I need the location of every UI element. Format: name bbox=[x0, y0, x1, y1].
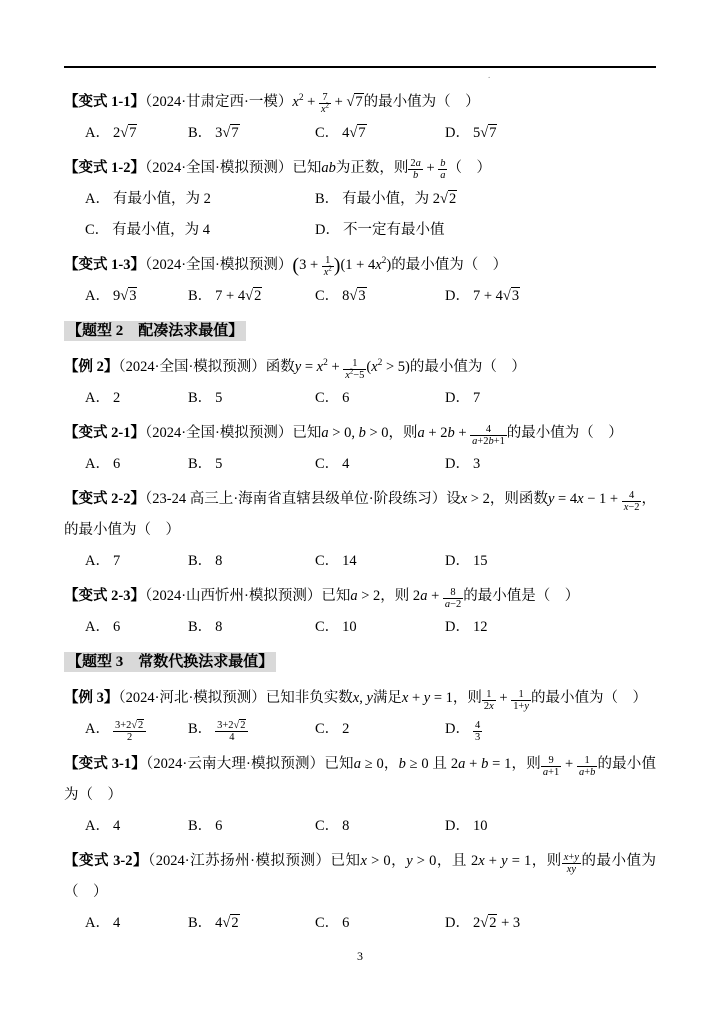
option-bianshi-2-2-B: B．8 bbox=[188, 546, 315, 577]
question-body: （2024·山西忻州·模拟预测）已知a > 2，则 2a + 8a−2的最小值是… bbox=[145, 588, 579, 604]
option-key: D． bbox=[445, 818, 473, 834]
question-label: 【变式 2-1】 bbox=[64, 425, 145, 441]
question-text: 【变式 1-3】（2024·全国·模拟预测）(3 + 1x2)(1 + 4x2)… bbox=[64, 250, 656, 281]
document-page: . 【变式 1-1】（2024·甘肃定西·一模）x2 + 7x2 + √7的最小… bbox=[0, 0, 720, 1018]
option-key: C． bbox=[315, 125, 342, 141]
option-bianshi-3-1-C: C．8 bbox=[315, 811, 445, 842]
option-key: B． bbox=[188, 915, 215, 931]
option-bianshi-2-2-D: D．15 bbox=[445, 546, 656, 577]
option-key: C． bbox=[315, 818, 342, 834]
option-value: 有最小值，为 2√2 bbox=[342, 190, 457, 207]
option-value: 8 bbox=[215, 553, 222, 569]
option-bianshi-3-1-A: A．4 bbox=[85, 811, 188, 842]
options-row: A．有最小值，为 2B．有最小值，为 2√2C．有最小值，为 4D．不一定有最小… bbox=[64, 184, 656, 246]
question-body: （2024·全国·模拟预测）已知a > 0, b > 0，则a + 2b + 4… bbox=[145, 425, 623, 441]
option-bianshi-3-1-D: D．10 bbox=[445, 811, 656, 842]
option-bianshi-3-2-A: A．4 bbox=[85, 908, 188, 939]
option-value: 4√2 bbox=[215, 914, 239, 931]
option-key: C． bbox=[315, 619, 342, 635]
option-key: D． bbox=[445, 553, 473, 569]
option-key: D． bbox=[445, 721, 473, 737]
option-key: A． bbox=[85, 191, 113, 207]
option-value: 5 bbox=[215, 390, 222, 406]
question-text: 【例 2】（2024·全国·模拟预测）函数y = x2 + 1x2−5(x2 >… bbox=[64, 352, 656, 383]
option-key: B． bbox=[188, 288, 215, 304]
question-body: （2024·江苏扬州·模拟预测）已知x > 0，y > 0，且 2x + y =… bbox=[64, 853, 656, 900]
question-text: 【变式 2-3】（2024·山西忻州·模拟预测）已知a > 2，则 2a + 8… bbox=[64, 581, 656, 612]
option-bianshi-1-2-A: A．有最小值，为 2 bbox=[85, 184, 315, 215]
option-li-3-B: B．3+2√24 bbox=[188, 714, 315, 745]
question-label: 【变式 3-1】 bbox=[64, 756, 146, 772]
option-value: 5√7 bbox=[473, 124, 497, 141]
option-key: C． bbox=[315, 915, 342, 931]
section-heading-tixing-3: 【题型 3 常数代换法求最值】 bbox=[64, 647, 656, 678]
option-bianshi-2-2-A: A．7 bbox=[85, 546, 188, 577]
option-value: 2√2 + 3 bbox=[473, 914, 520, 931]
option-value: 7 + 4√2 bbox=[215, 287, 262, 304]
question-text: 【变式 2-2】（23-24 高三上·海南省直辖县级单位·阶段练习）设x > 2… bbox=[64, 484, 656, 546]
option-value: 2√7 bbox=[113, 124, 137, 141]
section-heading-tixing-2: 【题型 2 配凑法求最值】 bbox=[64, 316, 656, 347]
option-bianshi-1-1-B: B．3√7 bbox=[188, 118, 315, 149]
question-body: （2024·甘肃定西·一模）x2 + 7x2 + √7的最小值为（ ） bbox=[145, 94, 480, 110]
option-li-3-D: D．43 bbox=[445, 714, 656, 745]
options-row: A．7B．8C．14D．15 bbox=[64, 546, 656, 577]
question-label: 【变式 3-2】 bbox=[64, 853, 148, 869]
option-bianshi-1-3-D: D．7 + 4√3 bbox=[445, 281, 656, 312]
question-bianshi-1-1: 【变式 1-1】（2024·甘肃定西·一模）x2 + 7x2 + √7的最小值为… bbox=[64, 87, 656, 149]
option-value: 9√3 bbox=[113, 287, 137, 304]
option-bianshi-2-3-D: D．12 bbox=[445, 612, 656, 643]
option-bianshi-1-3-B: B．7 + 4√2 bbox=[188, 281, 315, 312]
option-bianshi-2-1-A: A．6 bbox=[85, 449, 188, 480]
options-row: A．6B．5C．4D．3 bbox=[64, 449, 656, 480]
option-key: A． bbox=[85, 721, 113, 737]
question-li-3: 【例 3】（2024·河北·模拟预测）已知非负实数x, y满足x + y = 1… bbox=[64, 683, 656, 745]
option-bianshi-1-1-D: D．5√7 bbox=[445, 118, 656, 149]
option-key: D． bbox=[445, 915, 473, 931]
option-bianshi-1-3-A: A．9√3 bbox=[85, 281, 188, 312]
option-bianshi-2-3-C: C．10 bbox=[315, 612, 445, 643]
option-value: 有最小值，为 4 bbox=[112, 222, 210, 238]
question-label: 【例 2】 bbox=[64, 359, 118, 375]
option-key: D． bbox=[315, 222, 343, 238]
question-body: （2024·全国·模拟预测）函数y = x2 + 1x2−5(x2 > 5)的最… bbox=[118, 359, 526, 375]
option-li-2-A: A．2 bbox=[85, 383, 188, 414]
option-key: B． bbox=[188, 619, 215, 635]
option-li-2-D: D．7 bbox=[445, 383, 656, 414]
option-key: B． bbox=[188, 818, 215, 834]
option-key: A． bbox=[85, 915, 113, 931]
section-heading-text: 【题型 2 配凑法求最值】 bbox=[64, 321, 246, 341]
option-li-2-B: B．5 bbox=[188, 383, 315, 414]
option-value: 10 bbox=[342, 619, 357, 635]
question-text: 【变式 1-1】（2024·甘肃定西·一模）x2 + 7x2 + √7的最小值为… bbox=[64, 87, 656, 118]
option-key: B． bbox=[188, 125, 215, 141]
question-text: 【变式 1-2】（2024·全国·模拟预测）已知ab为正数，则2ab + ba（… bbox=[64, 153, 656, 184]
option-bianshi-1-1-A: A．2√7 bbox=[85, 118, 188, 149]
option-key: A． bbox=[85, 125, 113, 141]
option-key: C． bbox=[315, 721, 342, 737]
option-value: 3+2√24 bbox=[215, 721, 248, 737]
option-bianshi-3-2-C: C．6 bbox=[315, 908, 445, 939]
option-key: A． bbox=[85, 390, 113, 406]
question-text: 【变式 3-1】（2024·云南大理·模拟预测）已知a ≥ 0，b ≥ 0 且 … bbox=[64, 749, 656, 811]
option-value: 7 + 4√3 bbox=[473, 287, 520, 304]
option-value: 6 bbox=[342, 390, 349, 406]
option-value: 43 bbox=[473, 721, 482, 737]
section-heading-text: 【题型 3 常数代换法求最值】 bbox=[64, 652, 276, 672]
option-value: 3+2√22 bbox=[113, 721, 146, 737]
question-bianshi-2-1: 【变式 2-1】（2024·全国·模拟预测）已知a > 0, b > 0，则a … bbox=[64, 418, 656, 480]
option-bianshi-1-3-C: C．8√3 bbox=[315, 281, 445, 312]
option-key: C． bbox=[315, 456, 342, 472]
option-bianshi-3-1-B: B．6 bbox=[188, 811, 315, 842]
option-key: D． bbox=[445, 456, 473, 472]
option-value: 不一定有最小值 bbox=[343, 222, 445, 238]
option-value: 8√3 bbox=[342, 287, 366, 304]
option-value: 7 bbox=[113, 553, 120, 569]
stray-mark: . bbox=[488, 71, 490, 80]
option-key: B． bbox=[188, 553, 215, 569]
option-key: B． bbox=[315, 191, 342, 207]
option-key: C． bbox=[315, 390, 342, 406]
question-bianshi-3-2: 【变式 3-2】（2024·江苏扬州·模拟预测）已知x > 0，y > 0，且 … bbox=[64, 846, 656, 939]
question-text: 【变式 3-2】（2024·江苏扬州·模拟预测）已知x > 0，y > 0，且 … bbox=[64, 846, 656, 908]
option-key: B． bbox=[188, 721, 215, 737]
option-bianshi-1-2-C: C．有最小值，为 4 bbox=[85, 215, 315, 246]
header-rule bbox=[64, 66, 656, 68]
option-value: 4 bbox=[113, 915, 120, 931]
question-label: 【例 3】 bbox=[64, 690, 118, 706]
option-value: 14 bbox=[342, 553, 357, 569]
option-bianshi-2-3-A: A．6 bbox=[85, 612, 188, 643]
option-value: 8 bbox=[342, 818, 349, 834]
option-bianshi-2-2-C: C．14 bbox=[315, 546, 445, 577]
option-key: C． bbox=[315, 553, 342, 569]
option-value: 3√7 bbox=[215, 124, 239, 141]
question-bianshi-1-2: 【变式 1-2】（2024·全国·模拟预测）已知ab为正数，则2ab + ba（… bbox=[64, 153, 656, 246]
option-li-3-A: A．3+2√22 bbox=[85, 714, 188, 745]
option-key: A． bbox=[85, 619, 113, 635]
option-bianshi-2-1-D: D．3 bbox=[445, 449, 656, 480]
option-bianshi-3-2-D: D．2√2 + 3 bbox=[445, 908, 656, 939]
question-text: 【例 3】（2024·河北·模拟预测）已知非负实数x, y满足x + y = 1… bbox=[64, 683, 656, 714]
option-li-2-C: C．6 bbox=[315, 383, 445, 414]
option-key: A． bbox=[85, 288, 113, 304]
option-li-3-C: C．2 bbox=[315, 714, 445, 745]
option-bianshi-1-2-D: D．不一定有最小值 bbox=[315, 215, 656, 246]
option-key: C． bbox=[315, 288, 342, 304]
option-value: 7 bbox=[473, 390, 480, 406]
option-key: D． bbox=[445, 288, 473, 304]
options-row: A．2B．5C．6D．7 bbox=[64, 383, 656, 414]
question-body: （23-24 高三上·海南省直辖县级单位·阶段练习）设x > 2，则函数y = … bbox=[64, 491, 656, 538]
page-number: 3 bbox=[0, 949, 720, 964]
question-bianshi-2-2: 【变式 2-2】（23-24 高三上·海南省直辖县级单位·阶段练习）设x > 2… bbox=[64, 484, 656, 577]
option-key: B． bbox=[188, 390, 215, 406]
options-row: A．4B．4√2C．6D．2√2 + 3 bbox=[64, 908, 656, 939]
option-key: A． bbox=[85, 456, 113, 472]
option-bianshi-2-1-C: C．4 bbox=[315, 449, 445, 480]
options-row: A．4B．6C．8D．10 bbox=[64, 811, 656, 842]
question-bianshi-2-3: 【变式 2-3】（2024·山西忻州·模拟预测）已知a > 2，则 2a + 8… bbox=[64, 581, 656, 643]
option-bianshi-1-1-C: C．4√7 bbox=[315, 118, 445, 149]
question-label: 【变式 1-2】 bbox=[64, 160, 145, 176]
option-value: 2 bbox=[113, 390, 120, 406]
option-key: A． bbox=[85, 553, 113, 569]
option-value: 8 bbox=[215, 619, 222, 635]
question-li-2: 【例 2】（2024·全国·模拟预测）函数y = x2 + 1x2−5(x2 >… bbox=[64, 352, 656, 414]
option-value: 2 bbox=[342, 721, 349, 737]
option-value: 12 bbox=[473, 619, 488, 635]
document-content: 【变式 1-1】（2024·甘肃定西·一模）x2 + 7x2 + √7的最小值为… bbox=[64, 87, 656, 943]
option-value: 6 bbox=[342, 915, 349, 931]
option-value: 5 bbox=[215, 456, 222, 472]
option-value: 15 bbox=[473, 553, 488, 569]
option-bianshi-2-1-B: B．5 bbox=[188, 449, 315, 480]
question-label: 【变式 2-3】 bbox=[64, 588, 145, 604]
option-value: 4√7 bbox=[342, 124, 366, 141]
option-bianshi-2-3-B: B．8 bbox=[188, 612, 315, 643]
options-row: A．3+2√22B．3+2√24C．2D．43 bbox=[64, 714, 656, 745]
question-bianshi-1-3: 【变式 1-3】（2024·全国·模拟预测）(3 + 1x2)(1 + 4x2)… bbox=[64, 250, 656, 312]
option-value: 6 bbox=[113, 456, 120, 472]
option-value: 有最小值，为 2 bbox=[113, 191, 211, 207]
option-key: D． bbox=[445, 619, 473, 635]
option-bianshi-1-2-B: B．有最小值，为 2√2 bbox=[315, 184, 656, 215]
question-label: 【变式 1-1】 bbox=[64, 94, 145, 110]
question-body: （2024·河北·模拟预测）已知非负实数x, y满足x + y = 1，则12x… bbox=[118, 690, 647, 706]
option-value: 4 bbox=[342, 456, 349, 472]
option-key: D． bbox=[445, 390, 473, 406]
question-body: （2024·全国·模拟预测）已知ab为正数，则2ab + ba（ ） bbox=[145, 160, 491, 176]
option-key: A． bbox=[85, 818, 113, 834]
question-label: 【变式 1-3】 bbox=[64, 257, 145, 273]
options-row: A．2√7B．3√7C．4√7D．5√7 bbox=[64, 118, 656, 149]
options-row: A．9√3B．7 + 4√2C．8√3D．7 + 4√3 bbox=[64, 281, 656, 312]
option-value: 6 bbox=[113, 619, 120, 635]
option-value: 10 bbox=[473, 818, 488, 834]
question-label: 【变式 2-2】 bbox=[64, 491, 145, 507]
option-key: B． bbox=[188, 456, 215, 472]
question-body: （2024·云南大理·模拟预测）已知a ≥ 0，b ≥ 0 且 2a + b =… bbox=[64, 756, 656, 803]
question-text: 【变式 2-1】（2024·全国·模拟预测）已知a > 0, b > 0，则a … bbox=[64, 418, 656, 449]
option-value: 3 bbox=[473, 456, 480, 472]
option-key: D． bbox=[445, 125, 473, 141]
question-body: （2024·全国·模拟预测）(3 + 1x2)(1 + 4x2)的最小值为（ ） bbox=[145, 257, 507, 273]
options-row: A．6B．8C．10D．12 bbox=[64, 612, 656, 643]
option-key: C． bbox=[85, 222, 112, 238]
option-value: 4 bbox=[113, 818, 120, 834]
option-value: 6 bbox=[215, 818, 222, 834]
option-bianshi-3-2-B: B．4√2 bbox=[188, 908, 315, 939]
question-bianshi-3-1: 【变式 3-1】（2024·云南大理·模拟预测）已知a ≥ 0，b ≥ 0 且 … bbox=[64, 749, 656, 842]
